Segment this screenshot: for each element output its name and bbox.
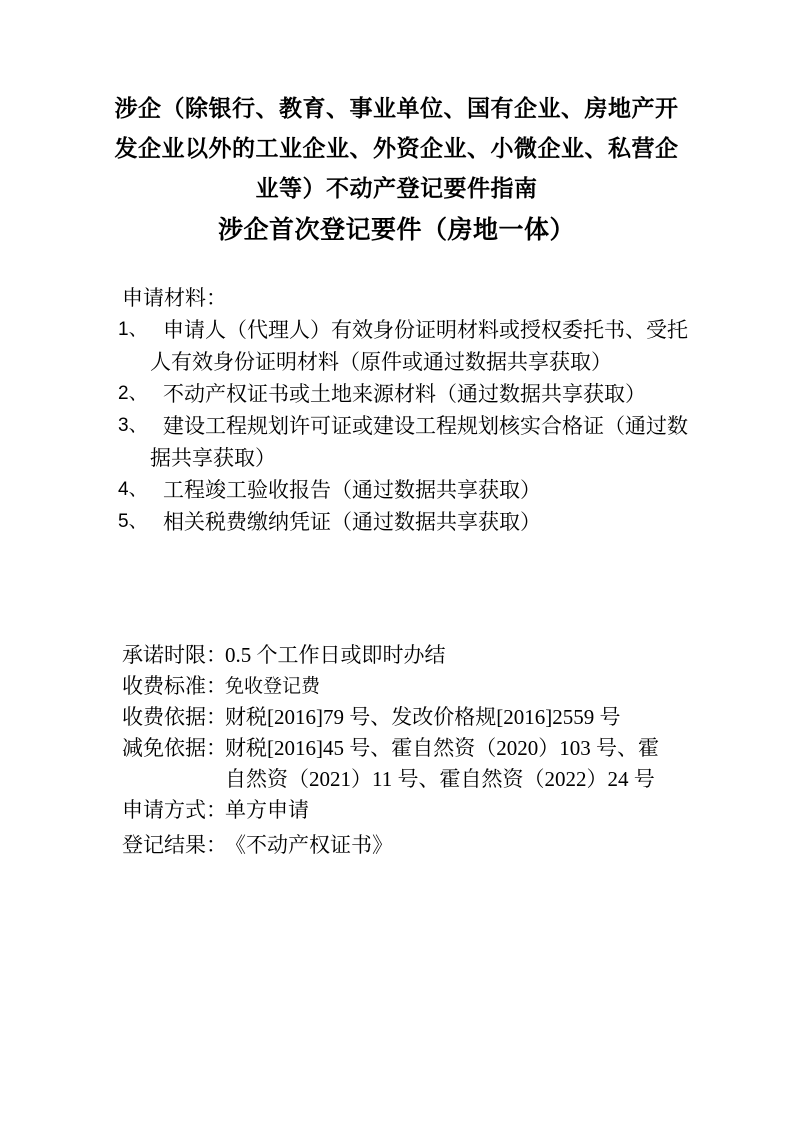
doc-title-line-2: 发企业以外的工业企业、外资企业、小微企业、私营企 — [0, 128, 793, 168]
item-3-line-2: 据共享获取） — [118, 442, 738, 474]
detail-label-reduction-basis: 减免依据： — [122, 733, 225, 795]
doc-title-line-3: 业等）不动产登记要件指南 — [0, 168, 793, 208]
detail-label-fee-basis: 收费依据： — [122, 702, 225, 733]
detail-value-apply-method: 单方申请 — [225, 795, 738, 826]
detail-row-reduction-basis: 减免依据： 财税[2016]45 号、霍自然资（2020）103 号、霍 自然资… — [122, 733, 738, 795]
material-item-3: 3、 建设工程规划许可证或建设工程规划核实合格证（通过数 据共享获取） — [118, 410, 738, 474]
reduction-basis-line-2: 自然资（2021）11 号、霍自然资（2022）24 号 — [225, 764, 738, 795]
item-4-line-1: 工程竣工验收报告（通过数据共享获取） — [163, 474, 738, 506]
detail-label-registration-result: 登记结果： — [122, 830, 225, 861]
detail-row-deadline: 承诺时限： 0.5 个工作日或即时办结 — [122, 640, 738, 671]
doc-title-line-1: 涉企（除银行、教育、事业单位、国有企业、房地产开 — [0, 88, 793, 128]
item-3-line-1: 建设工程规划许可证或建设工程规划核实合格证（通过数 — [163, 410, 738, 442]
item-1-line-2: 人有效身份证明材料（原件或通过数据共享获取） — [118, 346, 738, 378]
details-section: 承诺时限： 0.5 个工作日或即时办结 收费标准： 免收登记费 收费依据： 财税… — [122, 640, 738, 861]
item-4-number: 4、 — [118, 474, 163, 506]
item-3-number: 3、 — [118, 410, 163, 442]
material-item-4: 4、 工程竣工验收报告（通过数据共享获取） — [118, 474, 738, 506]
item-5-line-1: 相关税费缴纳凭证（通过数据共享获取） — [163, 506, 738, 538]
detail-value-reduction-basis: 财税[2016]45 号、霍自然资（2020）103 号、霍 自然资（2021）… — [225, 733, 738, 795]
detail-row-fee-standard: 收费标准： 免收登记费 — [122, 671, 738, 702]
document-subtitle: 涉企首次登记要件（房地一体） — [0, 214, 793, 246]
detail-label-deadline: 承诺时限： — [122, 640, 225, 671]
reduction-basis-line-1: 财税[2016]45 号、霍自然资（2020）103 号、霍 — [225, 733, 738, 764]
item-1-number: 1、 — [118, 314, 163, 346]
materials-section: 申请材料： 1、 申请人（代理人）有效身份证明材料或授权委托书、受托 人有效身份… — [118, 282, 738, 538]
material-item-5: 5、 相关税费缴纳凭证（通过数据共享获取） — [118, 506, 738, 538]
item-5-number: 5、 — [118, 506, 163, 538]
document-title: 涉企（除银行、教育、事业单位、国有企业、房地产开 发企业以外的工业企业、外资企业… — [0, 0, 793, 208]
item-2-number: 2、 — [118, 378, 163, 410]
detail-value-fee-basis: 财税[2016]79 号、发改价格规[2016]2559 号 — [225, 702, 738, 733]
material-item-1: 1、 申请人（代理人）有效身份证明材料或授权委托书、受托 人有效身份证明材料（原… — [118, 314, 738, 378]
detail-value-registration-result: 《不动产权证书》 — [225, 830, 738, 861]
document-page: 涉企（除银行、教育、事业单位、国有企业、房地产开 发企业以外的工业企业、外资企业… — [0, 0, 793, 1122]
detail-row-registration-result: 登记结果： 《不动产权证书》 — [122, 830, 738, 861]
material-item-2: 2、 不动产权证书或土地来源材料（通过数据共享获取） — [118, 378, 738, 410]
materials-heading: 申请材料： — [118, 282, 738, 314]
item-1-line-1: 申请人（代理人）有效身份证明材料或授权委托书、受托 — [163, 314, 738, 346]
detail-row-apply-method: 申请方式： 单方申请 — [122, 795, 738, 826]
item-2-line-1: 不动产权证书或土地来源材料（通过数据共享获取） — [163, 378, 738, 410]
detail-label-apply-method: 申请方式： — [122, 795, 225, 826]
detail-value-fee-standard: 免收登记费 — [225, 671, 738, 702]
detail-label-fee-standard: 收费标准： — [122, 671, 225, 702]
detail-row-fee-basis: 收费依据： 财税[2016]79 号、发改价格规[2016]2559 号 — [122, 702, 738, 733]
detail-value-deadline: 0.5 个工作日或即时办结 — [225, 640, 738, 671]
